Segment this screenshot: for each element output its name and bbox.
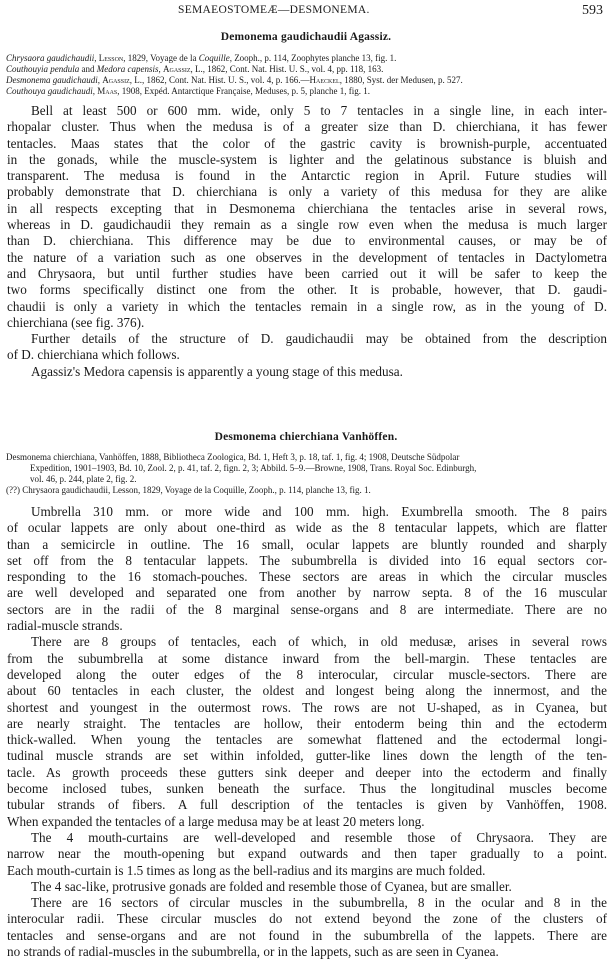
text-line: of D. chierchiana which follows. [7, 347, 607, 363]
text-line: tudinal muscle strands are set within in… [7, 748, 607, 764]
text-line: transparent. The medusa is found in the … [7, 168, 607, 184]
text-line: no strands of radial-muscles in the subu… [7, 944, 607, 960]
text-line: probably demonstrate that D. chierchiana… [7, 184, 607, 200]
synonymy-entry: Couthouyia pendula and Medora capensis, … [6, 64, 606, 75]
text-line: There are 16 sectors of circular muscles… [7, 895, 607, 911]
text-line: are well developed and separated one fro… [7, 585, 607, 601]
text-line: When expanded the tentacles of a large m… [7, 814, 607, 830]
document-page: SEMAEOSTOMEÆ—DESMONEMA. 593 Demonema gau… [0, 0, 612, 974]
text-line: tacle. As growth proceeds these gutters … [7, 765, 607, 781]
synonymy-entry: Desmonema chierchiana, Vanhöffen, 1888, … [6, 452, 606, 463]
body-paragraph: Umbrella 310 mm. or more wide and 100 mm… [7, 504, 607, 960]
synonymy-entry: (??) Chrysaora gaudichaudii, Lesson, 182… [6, 485, 606, 496]
text-line: rhopalar cluster. Thus when the medusa i… [7, 119, 607, 135]
text-line: set off from the 8 tentacular lappets. T… [7, 553, 607, 569]
section-title-chierchiana: Desmonema chierchiana Vanhöffen. [0, 431, 612, 443]
text-line: Bell at least 500 or 600 mm. wide, only … [7, 103, 607, 119]
text-line: tentacles. Maas states that the color of… [7, 136, 607, 152]
text-line: in the gonads, while the muscle-system i… [7, 152, 607, 168]
synonymy-list-chierchiana: Desmonema chierchiana, Vanhöffen, 1888, … [6, 452, 606, 496]
text-line: responding to the 16 stomach-pouches. Th… [7, 569, 607, 585]
text-line: become inclosed tubes, sunken beneath th… [7, 781, 607, 797]
text-line: shortest and youngest in the outermost r… [7, 700, 607, 716]
text-line: whereas in D. gaudichaudii they remain a… [7, 217, 607, 233]
text-line: Umbrella 310 mm. or more wide and 100 mm… [7, 504, 607, 520]
synonymy-entry: Chrysaora gaudichaudii, Lesson, 1829, Vo… [6, 53, 606, 64]
text-line: Further details of the structure of D. g… [7, 331, 607, 347]
synonymy-entry-continued: Expedition, 1901–1903, Bd. 10, Zool. 2, … [6, 463, 606, 474]
page-number: 593 [582, 3, 603, 19]
text-line: thick-walled. When young the tentacles a… [7, 732, 607, 748]
text-line: developed along the outer edges of the 8… [7, 667, 607, 683]
body-paragraph: Bell at least 500 or 600 mm. wide, only … [7, 103, 607, 380]
text-line: in all respects excepting that in Desmon… [7, 201, 607, 217]
text-line: and Chrysaora, but until further studies… [7, 266, 607, 282]
text-line: The 4 mouth-curtains are well-developed … [7, 830, 607, 846]
text-line: than D. chierchiana. This difference may… [7, 233, 607, 249]
text-line: Each mouth-curtain is 1.5 times as long … [7, 863, 607, 879]
section-title-gaudichaudii: Demonema gaudichaudii Agassiz. [0, 31, 612, 43]
text-line: from the subumbrella at some distance in… [7, 651, 607, 667]
page-header: SEMAEOSTOMEÆ—DESMONEMA. 593 [0, 4, 612, 20]
text-line: about 60 tentacles in each cluster, the … [7, 683, 607, 699]
text-line: The 4 sac-like, protrusive gonads are fo… [7, 879, 607, 895]
text-line: are nearly straight. The tentacles are h… [7, 716, 607, 732]
text-line: of ocular lappets are only about one-thi… [7, 520, 607, 536]
text-line: chaudii is only a variety in which the t… [7, 299, 607, 315]
text-line: the nature of a variation such as one ob… [7, 250, 607, 266]
text-line: sectors are in the radii of the 8 margin… [7, 602, 607, 618]
text-line: than a semicircle in outline. The 16 sma… [7, 537, 607, 553]
synonymy-entry-continued: vol. 46, p. 244, plate 2, fig. 2. [6, 474, 606, 485]
synonymy-list-gaudichaudii: Chrysaora gaudichaudii, Lesson, 1829, Vo… [6, 53, 606, 97]
text-line: There are 8 groups of tentacles, each of… [7, 634, 607, 650]
text-line: tubular strands of fibers. A full descri… [7, 797, 607, 813]
running-head: SEMAEOSTOMEÆ—DESMONEMA. [178, 4, 370, 16]
text-line: narrow near the mouth-opening but expand… [7, 846, 607, 862]
text-line: interocular radii. These circular muscle… [7, 911, 607, 927]
text-line: two forms specifically distinct one from… [7, 282, 607, 298]
text-line: chierchiana (see fig. 376). [7, 315, 607, 331]
text-line: tentacles and sense-organs and are not f… [7, 928, 607, 944]
synonymy-entry: Desmonema gaudichaudi, Agassiz, L., 1862… [6, 75, 606, 86]
text-line: Agassiz's Medora capensis is apparently … [7, 364, 607, 380]
text-line: radial-muscle strands. [7, 618, 607, 634]
synonymy-entry: Couthouya gaudichaudi, Maas, 1908, Expéd… [6, 86, 606, 97]
